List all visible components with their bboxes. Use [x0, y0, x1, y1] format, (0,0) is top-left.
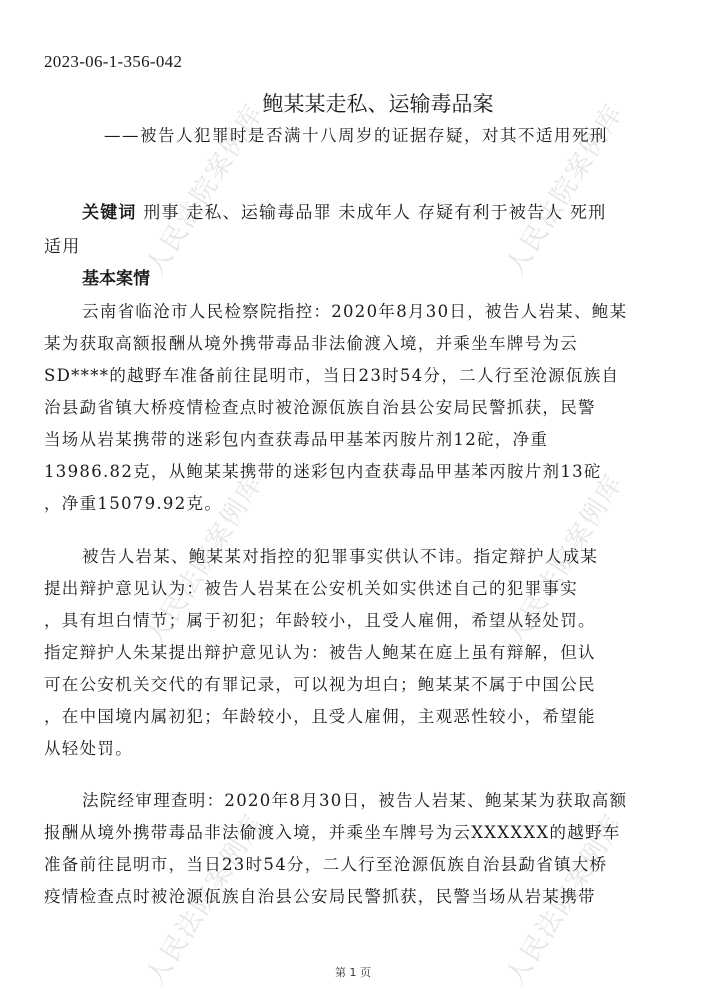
- paragraph-court-findings: 法院经审理查明：2020年8月30日，被告人岩某、鲍某某为获取高额 报酬从境外携…: [44, 785, 664, 913]
- text-line: 治县勐省镇大桥疫情检查点时被沧源佤族自治县公安局民警抓获，民警: [44, 392, 664, 424]
- document-title: 鲍某某走私、运输毒品案: [0, 88, 706, 118]
- text-line: SD****的越野车准备前往昆明市，当日23时54分，二人行至沧源佤族自: [44, 360, 664, 392]
- text-line: 被告人岩某、鲍某某对指控的犯罪事实供认不讳。指定辩护人成某: [44, 541, 664, 573]
- text-line: 法院经审理查明：2020年8月30日，被告人岩某、鲍某某为获取高额: [44, 785, 664, 817]
- text-line: 可在公安机关交代的有罪记录，可以视为坦白；鲍某某不属于中国公民: [44, 669, 664, 701]
- page-number: 第 1 页: [0, 964, 706, 980]
- document-page: 人民法院案例库 人民法院案例库 人民法院案例库 人民法院案例库 人民法院案例库 …: [0, 0, 706, 999]
- text-line: 13986.82克，从鲍某某携带的迷彩包内查获毒品甲基苯丙胺片剂13砣: [44, 456, 664, 488]
- text-line: 提出辩护意见认为：被告人岩某在公安机关如实供述自己的犯罪事实: [44, 573, 664, 605]
- text-line: 准备前往昆明市，当日23时54分，二人行至沧源佤族自治县勐省镇大桥: [44, 849, 664, 881]
- keywords-list: 刑事 走私、运输毒品罪 未成年人 存疑有利于被告人 死刑: [137, 203, 607, 223]
- keywords-block: 关键词 刑事 走私、运输毒品罪 未成年人 存疑有利于被告人 死刑 适用: [44, 196, 654, 264]
- text-line: 从轻处罚。: [44, 733, 664, 765]
- text-line: ，在中国境内属初犯；年龄较小，且受人雇佣，主观恶性较小，希望能: [44, 701, 664, 733]
- keywords-label: 关键词: [44, 203, 137, 223]
- text-line: ，净重15079.92克。: [44, 488, 664, 520]
- text-line: 当场从岩某携带的迷彩包内查获毒品甲基苯丙胺片剂12砣，净重: [44, 424, 664, 456]
- paragraph-defense: 被告人岩某、鲍某某对指控的犯罪事实供认不讳。指定辩护人成某 提出辩护意见认为：被…: [44, 541, 664, 765]
- text-line: 指定辩护人朱某提出辩护意见认为：被告人鲍某在庭上虽有辩解，但认: [44, 637, 664, 669]
- document-subtitle: ——被告人犯罪时是否满十八周岁的证据存疑，对其不适用死刑: [104, 122, 608, 146]
- text-line: 某为获取高额报酬从境外携带毒品非法偷渡入境，并乘坐车牌号为云: [44, 328, 664, 360]
- keywords-list-continued: 适用: [44, 237, 80, 257]
- paragraph-prosecution: 云南省临沧市人民检察院指控：2020年8月30日，被告人岩某、鲍某 某为获取高额…: [44, 296, 664, 520]
- section-heading: 基本案情: [82, 264, 150, 289]
- case-number: 2023-06-1-356-042: [44, 52, 182, 72]
- text-line: 疫情检查点时被沧源佤族自治县公安局民警抓获，民警当场从岩某携带: [44, 881, 664, 913]
- text-line: 报酬从境外携带毒品非法偷渡入境，并乘坐车牌号为云XXXXXX的越野车: [44, 817, 664, 849]
- text-line: ，具有坦白情节；属于初犯；年龄较小，且受人雇佣，希望从轻处罚。: [44, 605, 664, 637]
- text-line: 云南省临沧市人民检察院指控：2020年8月30日，被告人岩某、鲍某: [44, 296, 664, 328]
